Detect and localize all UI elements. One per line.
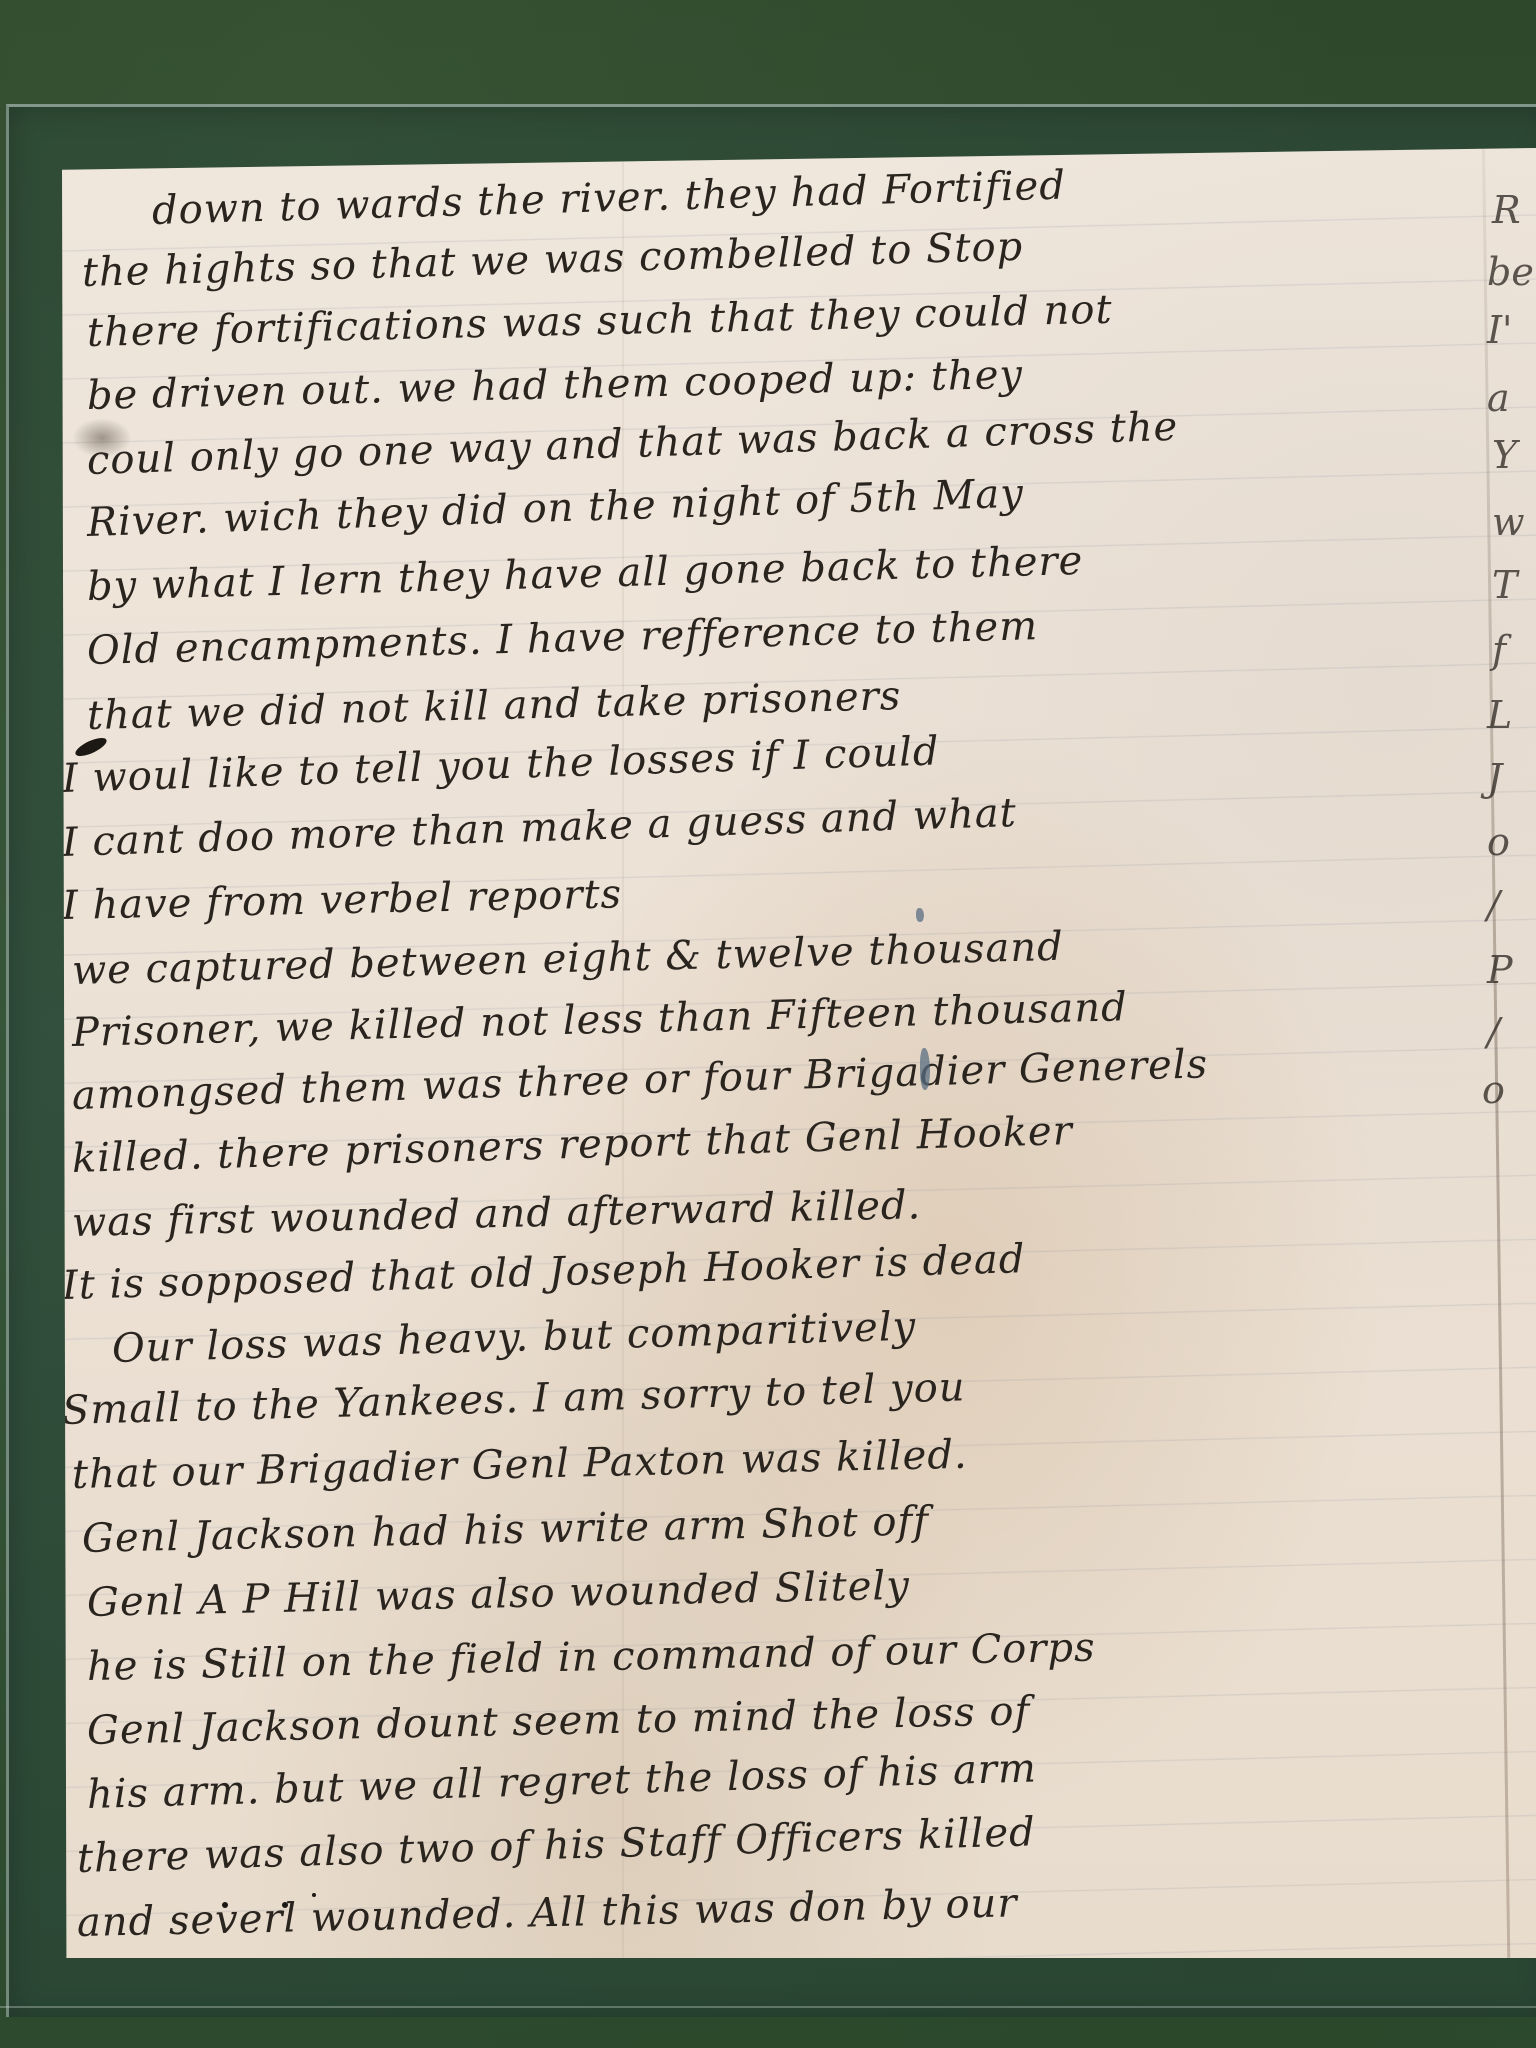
ink-smudge [72,418,132,458]
paper-fold [622,148,624,1958]
ink-dot [222,1902,228,1908]
margin-fragment: R [1492,188,1521,232]
margin-fragment: I' [1487,308,1512,352]
margin-fragment: o [1482,1068,1505,1112]
margin-fragment: f [1492,628,1506,672]
letter-page: down to wards the river. they had Fortif… [62,148,1536,1958]
margin-fragment: / [1487,883,1500,927]
ink-dot [312,1893,316,1897]
margin-fragment: T [1492,563,1517,607]
sleeve-edge [0,2006,1536,2008]
margin-fragment: L [1487,693,1512,737]
margin-fragment: Y [1492,433,1517,477]
margin-fragment: J [1487,756,1502,800]
ink-dot [282,1902,288,1908]
margin-fragment: a [1487,376,1510,420]
margin-fragment: o [1487,820,1510,864]
margin-fragment: w [1492,500,1525,544]
blue-ink-stain [916,908,924,922]
margin-fragment: / [1487,1010,1500,1054]
blue-ink-stain [920,1048,930,1090]
margin-fragment: be [1487,250,1534,294]
margin-fragment: P [1487,948,1513,992]
